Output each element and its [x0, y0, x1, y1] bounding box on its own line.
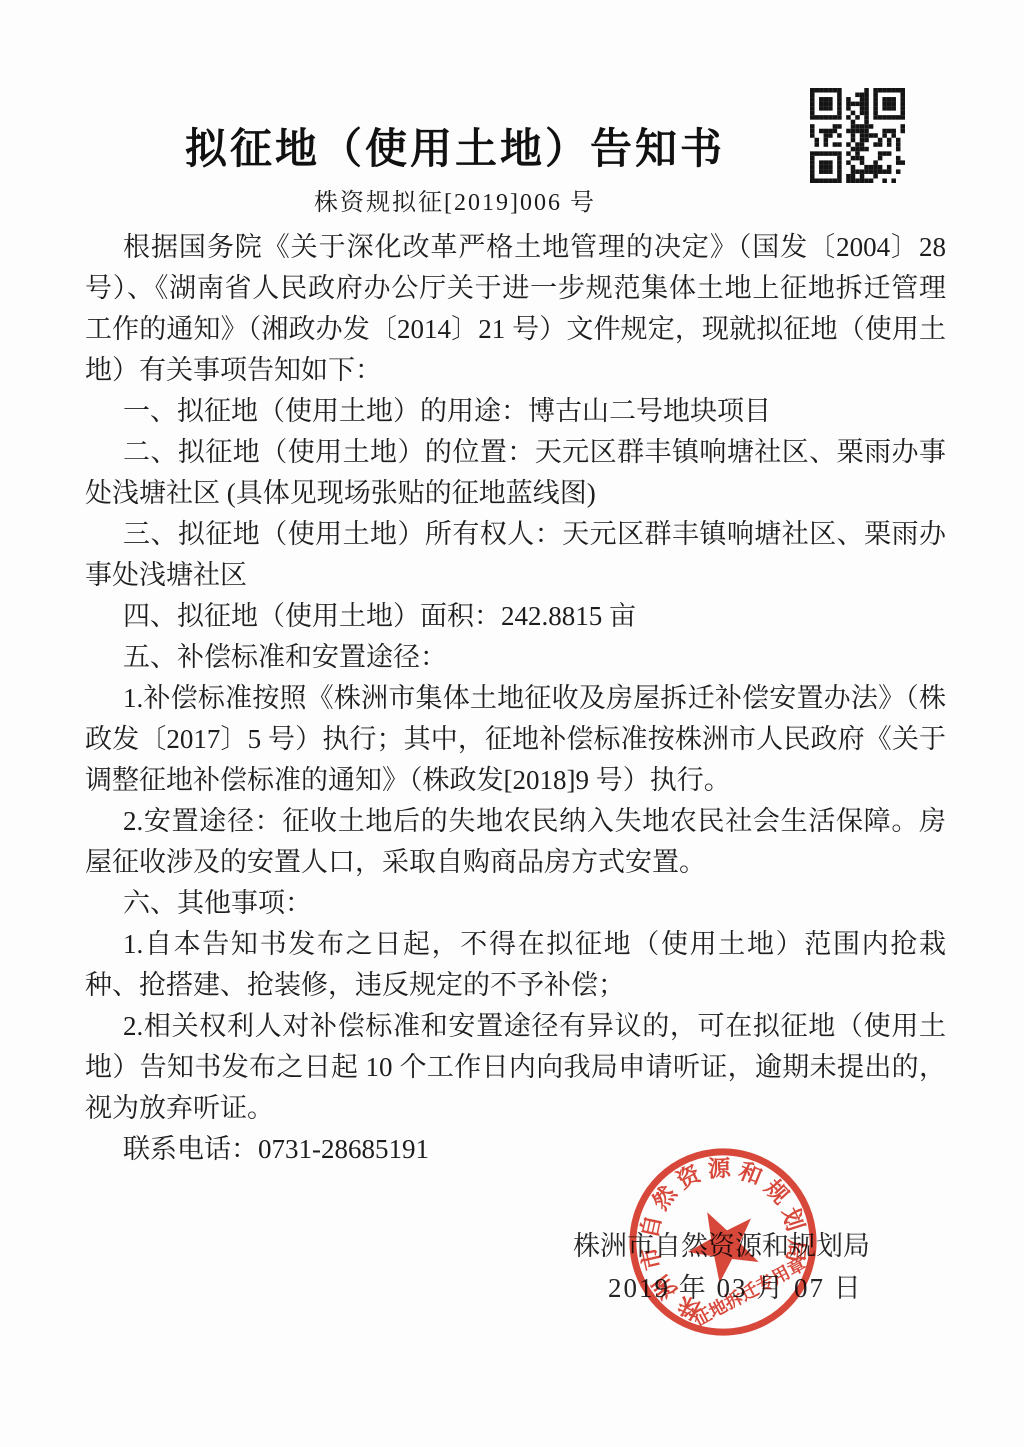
body-paragraph: 2.安置途径：征收土地后的失地农民纳入失地农民社会生活保障。房屋征收涉及的安置人…: [85, 801, 946, 883]
svg-text:市: 市: [637, 1244, 667, 1272]
body-paragraph: 1.补偿标准按照《株洲市集体土地征收及房屋拆迁补偿安置办法》（株政发〔2017〕…: [85, 678, 946, 801]
document-number: 株资规拟征[2019]006 号: [85, 182, 825, 217]
svg-text:划: 划: [777, 1205, 808, 1235]
body-paragraph: 一、拟征地（使用土地）的用途：博古山二号地块项目: [85, 391, 946, 432]
body-paragraph: 联系电话：0731-28685191: [85, 1129, 946, 1170]
body-paragraph: 三、拟征地（使用土地）所有权人：天元区群丰镇响塘社区、栗雨办事处浅塘社区: [85, 514, 946, 596]
body-paragraph: 2.相关权利人对补偿标准和安置途径有异议的，可在拟征地（使用土地）告知书发布之日…: [85, 1006, 946, 1129]
body-paragraph: 1.自本告知书发布之日起，不得在拟征地（使用土地）范围内抢栽种、抢搭建、抢装修，…: [85, 924, 946, 1006]
body-paragraph: 六、其他事项：: [85, 883, 946, 924]
qr-code-icon: [810, 88, 905, 183]
body-paragraph: 五、补偿标准和安置途径：: [85, 637, 946, 678]
page-title: 拟征地（使用土地）告知书: [85, 116, 825, 176]
body-paragraph: 四、拟征地（使用土地）面积：242.8815 亩: [85, 596, 946, 637]
body-paragraph: 根据国务院《关于深化改革严格土地管理的决定》（国发〔2004〕28 号）、《湖南…: [85, 227, 946, 391]
svg-text:源: 源: [707, 1156, 732, 1182]
star-icon: [676, 1196, 771, 1290]
seal-banner-text: 征地拆迁专用章: [689, 1253, 809, 1330]
notice-body: 根据国务院《关于深化改革严格土地管理的决定》（国发〔2004〕28 号）、《湖南…: [85, 227, 946, 1170]
body-paragraph: 二、拟征地（使用土地）的位置：天元区群丰镇响塘社区、栗雨办事处浅塘社区 (具体见…: [85, 432, 946, 514]
notice-page: 拟征地（使用土地）告知书 株资规拟征[2019]006 号 根据国务院《关于深化…: [0, 0, 1024, 1447]
svg-text:自: 自: [637, 1213, 666, 1240]
